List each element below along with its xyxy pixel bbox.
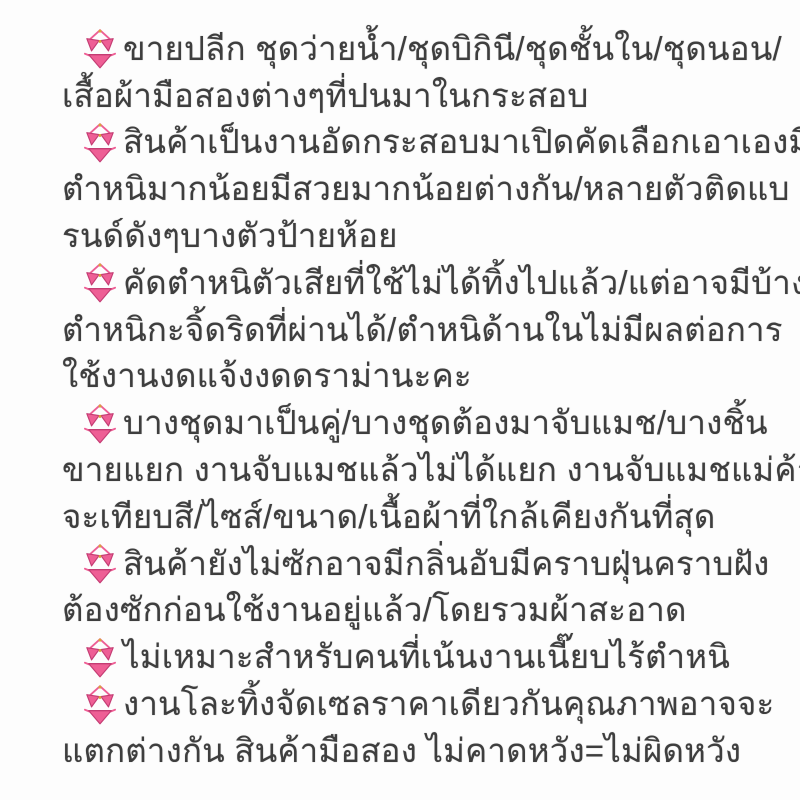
product-description-image: ขายปลีก ชุดว่ายน้ำ/ชุดบิกินี/ชุดชั้นใน/ช… [0,0,800,800]
text-line: สินค้าเป็นงานอัดกระสอบมาเปิดคัดเลือกเอาเ… [62,118,762,165]
text-line: ตำหนิมากน้อยมีสวยมากน้อยต่างกัน/หลายตัวต… [62,164,762,211]
text-line: จะเทียบสี/ไซส์/ขนาด/เนื้อผ้าที่ใกล้เคียง… [62,492,762,539]
text-line: สินค้ายังไม่ซักอาจมีกลิ่นอับมีคราบฝุ่นคร… [62,539,762,586]
line-text: ขายปลีก ชุดว่ายน้ำ/ชุดบิกินี/ชุดชั้นใน/ช… [123,27,782,71]
line-text: รนด์ดังๆบางตัวป้ายห้อย [62,214,398,258]
text-line: แตกต่างกัน สินค้ามือสอง ไม่คาดหวัง=ไม่ผิ… [62,726,762,773]
text-line: บางชุดมาเป็นคู่/บางชุดต้องมาจับแมช/บางชิ… [62,398,762,445]
line-text: บางชุดมาเป็นคู่/บางชุดต้องมาจับแมช/บางชิ… [123,401,768,445]
bikini-icon [84,638,116,678]
line-text: สินค้าเป็นงานอัดกระสอบมาเปิดคัดเลือกเอาเ… [123,120,800,164]
bikini-icon [84,544,116,584]
line-text: ต้องซักก่อนใช้งานอยู่แล้ว/โดยรวมผ้าสะอาด [62,588,687,632]
bikini-icon [84,404,116,444]
bikini-icon [84,263,116,303]
line-text: ตำหนิกะจิ้ดริดที่ผ่านได้/ตำหนิด้านในไม่ม… [62,308,783,352]
text-line: ไม่เหมาะสำหรับคนที่เน้นงานเนี๊ยบไร้ตำหนิ [62,632,762,679]
text-line: รนด์ดังๆบางตัวป้ายห้อย [62,211,762,258]
line-text: ใช้งานงดแจ้งงดดราม่านะคะ [62,354,472,398]
line-text: สินค้ายังไม่ซักอาจมีกลิ่นอับมีคราบฝุ่นคร… [123,542,770,586]
text-line: ใช้งานงดแจ้งงดดราม่านะคะ [62,352,762,399]
bikini-icon [84,123,116,163]
text-line: ขายปลีก ชุดว่ายน้ำ/ชุดบิกินี/ชุดชั้นใน/ช… [62,24,762,71]
line-text: งานโละทิ้งจัดเซลราคาเดียวกันคุณภาพอาจจะ [123,682,774,726]
line-text: จะเทียบสี/ไซส์/ขนาด/เนื้อผ้าที่ใกล้เคียง… [62,495,716,539]
bikini-icon [84,685,116,725]
line-text: ตำหนิมากน้อยมีสวยมากน้อยต่างกัน/หลายตัวต… [62,167,790,211]
text-line: เสื้อผ้ามือสองต่างๆที่ปนมาในกระสอบ [62,71,762,118]
line-text: เสื้อผ้ามือสองต่างๆที่ปนมาในกระสอบ [62,74,589,118]
text-line: คัดตำหนิตัวเสียที่ใช้ไม่ได้ทิ้งไปแล้ว/แต… [62,258,762,305]
bikini-icon [84,29,116,69]
text-line: งานโละทิ้งจัดเซลราคาเดียวกันคุณภาพอาจจะ [62,679,762,726]
line-text: ขายแยก งานจับแมชแล้วไม่ได้แยก งานจับแมชแ… [62,448,800,492]
description-lines: ขายปลีก ชุดว่ายน้ำ/ชุดบิกินี/ชุดชั้นใน/ช… [62,24,762,773]
text-line: ขายแยก งานจับแมชแล้วไม่ได้แยก งานจับแมชแ… [62,445,762,492]
text-line: ต้องซักก่อนใช้งานอยู่แล้ว/โดยรวมผ้าสะอาด [62,586,762,633]
text-line: ตำหนิกะจิ้ดริดที่ผ่านได้/ตำหนิด้านในไม่ม… [62,305,762,352]
line-text: คัดตำหนิตัวเสียที่ใช้ไม่ได้ทิ้งไปแล้ว/แต… [123,261,800,305]
line-text: แตกต่างกัน สินค้ามือสอง ไม่คาดหวัง=ไม่ผิ… [62,729,741,773]
line-text: ไม่เหมาะสำหรับคนที่เน้นงานเนี๊ยบไร้ตำหนิ [123,635,730,679]
